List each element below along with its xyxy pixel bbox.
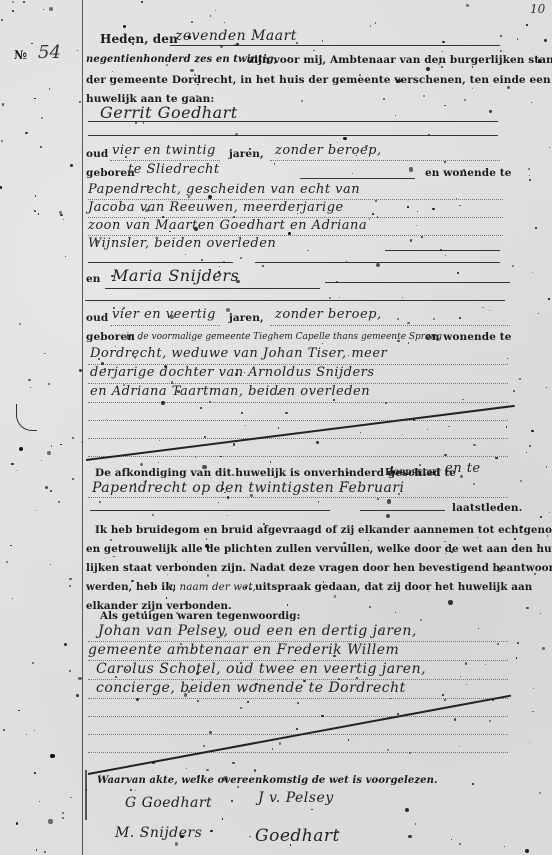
witness-line-3: Carolus Schotel, oud twee en veertig jar… [96,661,426,677]
ink-speck [485,664,486,665]
ink-speck [408,342,409,343]
ink-speck [36,849,38,851]
ink-speck [517,38,519,40]
ink-speck [270,461,272,463]
ink-speck [180,835,183,838]
bride-birthplace: in de voormalige gemeente Tieghem Capell… [126,332,442,342]
bride-en-label: en [86,273,101,285]
ink-speck [50,564,52,566]
ink-speck [224,22,225,23]
ink-speck [76,694,79,697]
ink-speck [538,313,539,314]
ink-speck [43,9,44,10]
ink-speck [375,200,377,202]
ink-speck [427,429,429,431]
signature-margin-bar [85,770,87,820]
ink-speck [28,379,30,381]
proclamation-closing: laatstleden. [452,502,522,514]
ink-speck [274,163,275,164]
witness-line-4: concierge, beiden wonende te Dordrecht [96,680,406,696]
ink-speck [408,835,411,838]
ink-speck [49,88,50,89]
ink-speck [521,526,522,527]
groom-age-dots [110,160,220,161]
ink-speck [3,729,5,731]
ink-speck [482,307,484,309]
ink-speck [489,110,491,112]
signature-official: Goedhart [255,826,340,846]
ink-speck [65,256,66,257]
ink-speck [34,730,36,732]
ink-speck [44,851,46,853]
ink-speck [311,809,312,810]
ink-speck [442,51,443,52]
ink-speck [158,462,159,463]
ink-speck [520,480,522,482]
ink-speck [460,475,463,478]
ink-speck [50,754,54,758]
ink-speck [405,808,409,812]
ink-speck [397,340,399,342]
ink-speck [360,432,361,433]
ink-speck [48,383,50,385]
ink-speck [529,175,530,176]
ink-speck [528,168,530,170]
ink-speck [334,595,336,597]
ink-speck [338,678,340,680]
ink-speck [423,95,425,97]
ink-speck [113,556,114,557]
ink-speck [380,630,381,631]
ink-speck [288,57,289,58]
ink-speck [12,10,14,12]
ink-speck [59,211,61,213]
ink-speck [262,265,264,267]
ink-speck [236,280,239,283]
ink-speck [134,483,136,485]
ink-speck [464,99,465,100]
declaration-italic-phrase: in naam der wet, [166,581,256,593]
ink-speck [448,426,450,428]
witness-blank-dots-1 [88,716,508,717]
ink-speck [542,647,544,649]
ink-speck [162,216,164,218]
ink-speck [196,672,199,675]
ink-speck [104,368,106,370]
ink-speck [32,662,34,664]
ink-speck [451,839,453,841]
ink-speck [451,551,453,553]
ink-speck [72,437,74,439]
ink-speck [316,441,318,443]
ink-speck [197,700,199,702]
margin-line [82,0,83,855]
ink-speck [348,739,349,740]
ink-speck [365,145,367,147]
ink-speck [143,122,144,123]
ink-speck [115,346,116,347]
ink-speck [240,257,242,259]
ink-speck [237,786,239,788]
ink-speck [303,680,305,682]
ink-speck [62,812,64,814]
bride-name: Maria Snijders [112,266,239,285]
ink-speck [235,373,237,375]
bride-name-rule-3 [85,300,505,301]
ink-speck [31,43,33,45]
signature-groom: G Goedhart [125,795,212,811]
ink-speck [152,762,154,764]
ink-speck [271,566,273,568]
ink-speck [49,7,53,11]
ink-speck [535,227,537,229]
ink-speck [416,225,417,226]
groom-birthplace-rule [300,178,415,179]
ink-speck [278,427,280,429]
ink-speck [460,676,462,678]
ink-speck [63,219,64,220]
ink-speck [385,402,386,403]
ink-speck [507,86,510,89]
ink-speck [16,822,18,824]
ink-speck [459,205,461,207]
ink-speck [321,715,323,717]
act-number-label: № [14,48,27,62]
ink-speck [391,466,393,468]
ink-speck [188,36,190,38]
ink-speck [70,797,71,798]
ink-speck [500,50,502,52]
ink-speck [457,272,458,273]
ink-speck [377,498,379,500]
ink-speck [233,216,235,218]
ink-speck [279,742,281,744]
ink-speck [133,152,135,154]
ink-speck [465,662,467,664]
ink-speck [72,478,74,480]
ink-speck [208,195,212,199]
ink-speck [395,612,397,614]
declaration-line-1: Ik heb bruidegom en bruid afgevraagd of … [95,524,552,536]
ink-speck [12,598,14,600]
ink-speck [466,4,468,6]
ink-speck [532,711,534,713]
ink-speck [277,393,279,395]
ink-speck [472,66,473,67]
ink-speck [440,249,442,251]
ink-speck [10,545,11,546]
ink-speck [506,426,508,428]
ink-speck [227,496,229,498]
ink-speck [41,460,43,462]
signature-witness-1: J v. Pelsey [258,790,334,806]
ink-speck [191,21,193,23]
declaration-line-2: en getrouwelijk alle de plichten zullen … [86,543,552,555]
proclamation-rule-a [90,510,330,511]
ink-speck [448,600,452,604]
ink-speck [188,690,190,692]
ink-speck [175,842,178,845]
ink-speck [477,537,478,538]
ink-speck [546,387,547,388]
ink-speck [462,399,463,400]
ink-speck [223,776,227,780]
ink-speck [139,338,141,340]
ink-speck [442,41,444,43]
ink-speck [409,752,411,754]
ink-speck [444,161,446,163]
ink-speck [210,15,212,17]
groom-jaren-label: jaren, [229,148,264,160]
ink-speck [215,10,216,11]
ink-speck [140,463,142,465]
bride-detail-line-2: derjarige dochter van Arnoldus Snijders [90,365,375,380]
groom-name-rule [88,121,498,122]
ink-speck [218,502,219,503]
ink-speck [489,720,491,722]
proclamation-rule-b [360,510,445,511]
ink-speck [77,50,78,51]
groom-wonende-label: en wonende te [425,167,511,179]
declaration-line-5: uitspraak gedaan, dat zij door het huwel… [255,581,532,593]
ink-speck [166,64,168,66]
ink-speck [1,19,3,21]
ink-speck [323,581,324,582]
ink-speck [526,607,528,609]
ink-speck [375,22,376,23]
ink-speck [426,67,430,71]
groom-detail-line-2: Jacoba van Reeuwen, meerderjarige [88,200,344,215]
ink-speck [409,167,413,171]
ink-speck [402,297,403,298]
ink-speck [60,444,61,445]
ink-speck [35,195,36,196]
ink-speck [79,369,81,371]
groom-birthplace: te Sliedrecht [128,162,220,177]
signature-bride: M. Snijders [115,825,202,841]
ink-speck [504,846,505,847]
declaration-line-3: lijken staat verbonden zijn. Nadat deze … [86,562,552,574]
ink-speck [78,677,82,681]
ink-speck [532,272,533,273]
ink-speck [70,164,72,166]
ink-speck [533,688,534,689]
ink-speck [195,456,197,458]
ink-speck [472,783,474,785]
bride-oud-label: oud [86,312,108,324]
ink-speck [18,710,19,711]
ink-speck [526,452,527,453]
witnesses-label: Als getuigen waren tegenwoordig: [100,610,300,622]
ink-speck [519,378,521,380]
opening-line1: zijn voor mij, Ambtenaar van den burgerl… [248,54,552,66]
ink-speck [549,147,550,148]
ink-speck [113,307,114,308]
bride-occupation: zonder beroep, [275,307,382,322]
ink-speck [203,745,205,747]
groom-age: vier en twintig [112,143,216,158]
ink-speck [421,236,423,238]
ink-speck [188,196,190,198]
ink-speck [194,227,198,231]
ink-speck [40,146,42,148]
bride-age: vier en veertig [112,307,216,322]
ink-speck [473,483,475,485]
ink-speck [206,538,207,539]
ink-speck [415,823,416,824]
page-mark: 10 [530,2,545,16]
ink-speck [540,62,541,63]
ink-speck [444,105,446,107]
ink-speck [110,77,112,79]
ink-speck [44,353,45,354]
ink-speck [285,412,287,414]
ink-speck [185,254,186,255]
ink-speck [342,81,343,82]
ink-speck [526,24,528,26]
ink-speck [34,98,35,99]
ink-speck [247,701,248,702]
groom-occupation-dots [270,160,500,161]
ink-speck [318,501,319,502]
ink-speck [241,412,243,414]
proclamation-city: Dordrecht [385,467,441,478]
ink-speck [12,1,14,3]
ink-speck [186,768,187,769]
ink-speck [492,699,494,701]
ink-speck [346,261,347,262]
ink-speck [402,434,403,435]
bride-detail-dots-3 [88,402,508,403]
ink-speck [372,213,374,215]
ink-speck [222,818,224,820]
ink-speck [2,103,4,105]
proclamation-dots [88,497,508,498]
ink-speck [352,173,354,175]
ink-speck [232,762,234,764]
ink-speck [347,472,349,474]
witness-line-2: gemeente ambtenaar en Frederik Willem [88,642,399,658]
ink-speck [322,343,323,344]
ink-speck [432,208,434,210]
ink-speck [187,561,188,562]
ink-speck [288,232,291,235]
ink-speck [322,40,324,42]
ink-speck [232,474,234,476]
witness-blank-dots-3 [88,752,508,753]
ink-speck [343,137,346,140]
ink-speck [473,444,475,446]
ink-speck [534,573,535,574]
ink-speck [141,1,142,2]
ink-speck [48,819,52,823]
act-number-value: 54 [38,42,61,63]
ink-speck [125,620,127,622]
ink-speck [144,218,145,219]
ink-speck [507,358,508,359]
ink-speck [207,574,209,576]
ink-speck [192,648,194,650]
ink-speck [231,800,233,802]
ink-speck [144,611,146,613]
ink-speck [45,486,48,489]
bride-detail-line-3: en Adriana Taartman, beiden overleden [90,384,370,399]
ink-speck [34,210,36,212]
ink-speck [407,206,409,208]
ink-speck [6,561,8,563]
ink-speck [369,606,371,608]
ink-speck [245,425,246,426]
ink-speck [307,250,309,252]
ink-speck [472,88,473,89]
ink-speck [516,657,517,658]
ink-speck [47,451,51,455]
ink-speck [110,539,112,541]
ink-speck [497,643,499,645]
margin-bracket [16,404,37,431]
ink-speck [410,239,412,241]
ink-speck [445,553,446,554]
ink-speck [69,670,71,672]
bride-name-rule-2 [325,282,510,283]
ink-speck [184,693,187,696]
ink-speck [297,213,298,214]
ink-speck [417,211,418,212]
ink-speck [313,475,314,476]
ink-speck [101,362,104,365]
ink-speck [500,35,502,37]
heden-label: Heden, den [100,32,178,46]
ink-speck [336,281,338,283]
ink-speck [498,568,502,572]
closing-text: Waarvan akte, welke overeenkomstig de we… [97,775,438,786]
ink-speck [444,699,446,701]
ink-speck [220,456,221,457]
ink-speck [99,501,101,503]
ink-speck [513,390,515,392]
blank-dots-1 [88,420,508,421]
declaration-line-4: werden, heb ik, [86,581,176,593]
bride-age-dots [110,325,220,326]
ink-speck [386,514,390,518]
ink-speck [166,597,168,599]
ink-speck [263,523,265,525]
ink-speck [51,445,53,447]
ink-speck [529,179,531,181]
ink-speck [185,603,187,605]
ink-speck [190,69,194,73]
ink-speck [546,466,548,468]
ink-speck [419,464,421,466]
ink-speck [123,307,124,308]
ink-speck [180,643,182,645]
marriage-date: zevenden Maart [175,28,297,44]
bride-wonende-label: en wonende te [425,331,511,343]
ink-speck [454,718,456,720]
ink-speck [517,642,519,644]
ink-speck [81,442,82,443]
ink-speck [549,512,550,513]
ink-speck [240,662,241,663]
ink-speck [224,492,226,494]
groom-separator-rule-a [88,262,233,263]
ink-speck [50,490,52,492]
opening-line2: der gemeente Dordrecht, in het huis der … [86,74,551,86]
ink-speck [255,683,257,685]
ink-speck [478,628,479,629]
ink-speck [202,465,206,469]
strike-through-line-1 [86,405,515,461]
